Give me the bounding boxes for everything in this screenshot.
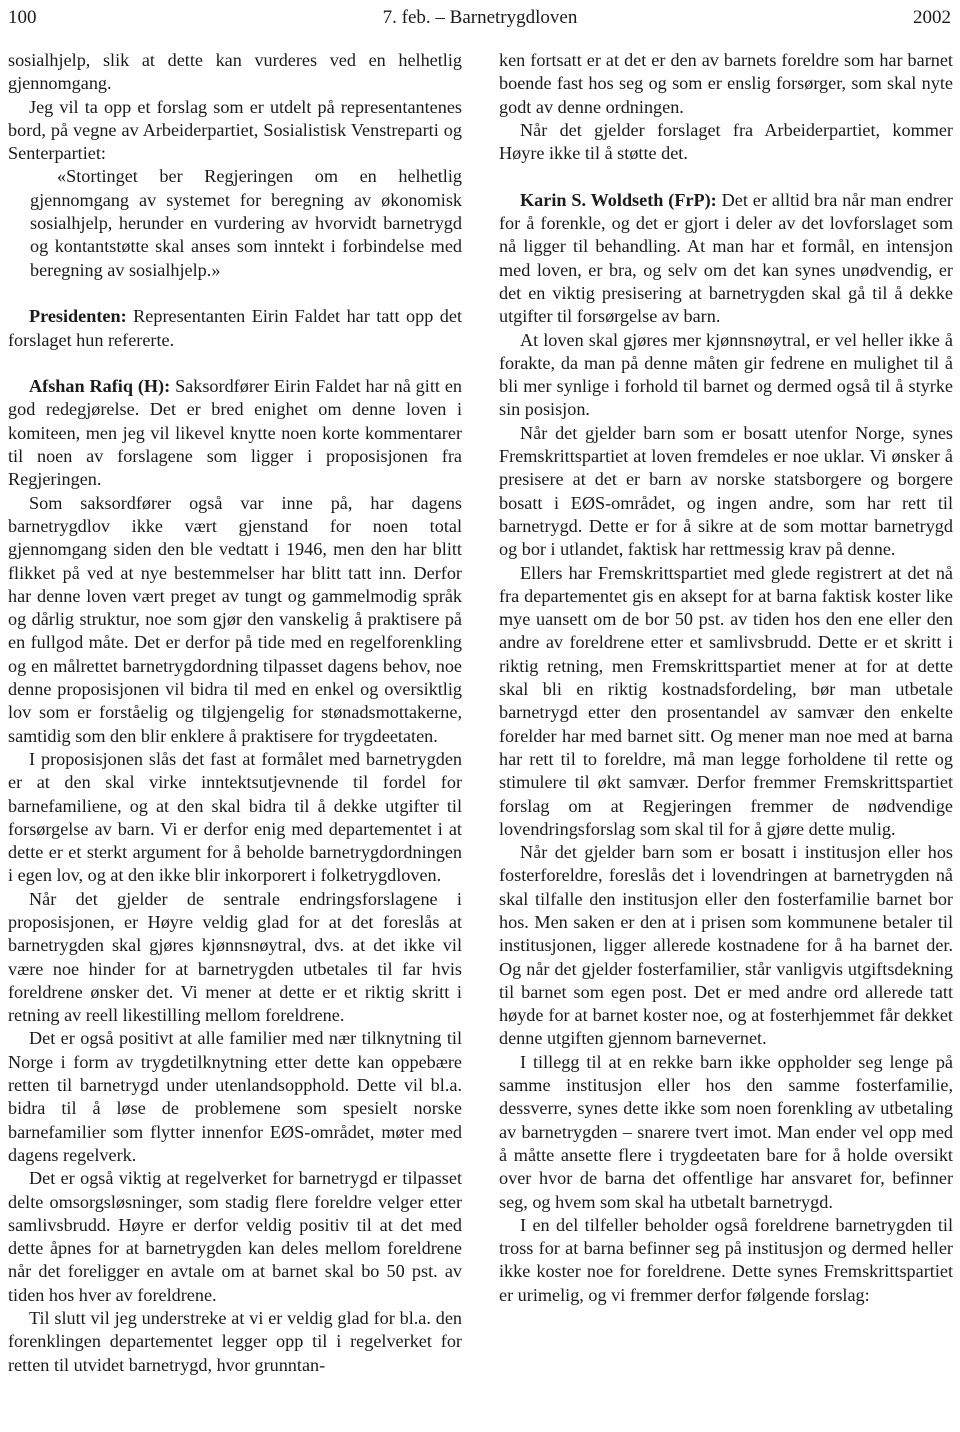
paragraph: ken fortsatt er at det er den av barnets… bbox=[499, 49, 953, 119]
header-year: 2002 bbox=[913, 6, 951, 30]
paragraph: sosialhjelp, slik at dette kan vurderes … bbox=[8, 49, 462, 96]
paragraph: I tillegg til at en rekke barn ikke opph… bbox=[499, 1051, 953, 1214]
paragraph: Når det gjelder barn som er bosatt i ins… bbox=[499, 841, 953, 1051]
paragraph: Som saksordfører også var inne på, har d… bbox=[8, 492, 462, 748]
paragraph: «Stortinget ber Regjeringen om en helhet… bbox=[30, 165, 462, 281]
speaker-name: Karin S. Woldseth (FrP): bbox=[520, 190, 717, 210]
paragraph: Når det gjelder de sentrale endringsfors… bbox=[8, 888, 462, 1028]
paragraph: Det er også viktig at regelverket for ba… bbox=[8, 1167, 462, 1307]
paragraph: Når det gjelder forslaget fra Arbeiderpa… bbox=[499, 119, 953, 166]
right-column: ken fortsatt er at det er den av barnets… bbox=[499, 49, 953, 1377]
speaker-name: Afshan Rafiq (H): bbox=[29, 376, 170, 396]
paragraph: At loven skal gjøres mer kjønnsnøytral, … bbox=[499, 329, 953, 422]
paragraph: I proposisjonen slås det fast at formåle… bbox=[8, 748, 462, 888]
speaker-name: Presidenten: bbox=[29, 306, 127, 326]
document-page: 100 7. feb. – Barnetrygdloven 2002 sosia… bbox=[0, 0, 960, 1432]
paragraph: Til slutt vil jeg understreke at vi er v… bbox=[8, 1307, 462, 1377]
speech-paragraph: Karin S. Woldseth (FrP): Det er alltid b… bbox=[499, 189, 953, 329]
left-column: sosialhjelp, slik at dette kan vurderes … bbox=[8, 49, 462, 1377]
running-title: 7. feb. – Barnetrygdloven bbox=[0, 6, 960, 30]
paragraph: Når det gjelder barn som er bosatt utenf… bbox=[499, 422, 953, 562]
paragraph: I en del tilfeller beholder også foreldr… bbox=[499, 1214, 953, 1307]
speech-paragraph: Afshan Rafiq (H): Saksordfører Eirin Fal… bbox=[8, 375, 462, 491]
paragraph: Jeg vil ta opp et forslag som er utdelt … bbox=[8, 96, 462, 166]
page-header: 100 7. feb. – Barnetrygdloven 2002 bbox=[0, 0, 960, 30]
paragraph: Det er også positivt at alle familier me… bbox=[8, 1027, 462, 1167]
speech-paragraph: Presidenten: Representanten Eirin Faldet… bbox=[8, 305, 462, 352]
speech-text: Det er alltid bra når man endrer for å f… bbox=[499, 190, 953, 326]
two-column-body: sosialhjelp, slik at dette kan vurderes … bbox=[0, 49, 960, 1377]
paragraph: Ellers har Fremskrittspartiet med glede … bbox=[499, 562, 953, 842]
